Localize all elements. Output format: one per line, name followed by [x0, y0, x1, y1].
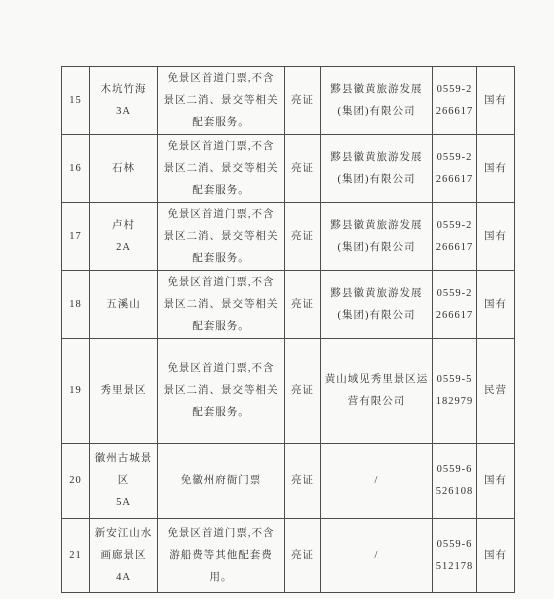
operator-company: 黄山域见秀里景区运 营有限公司	[321, 339, 433, 444]
ticket-policy: 免景区首道门票,不含 景区二消、景交等相关 配套服务。	[158, 271, 285, 339]
operator-company: 黟县徽黄旅游发展 (集团)有限公司	[321, 271, 433, 339]
row-number: 20	[62, 444, 90, 519]
status-label: 亮证	[285, 67, 321, 135]
table-row: 21 新安江山水 画廊景区 4A 免景区首道门票,不含 游船费等其他配套费 用。…	[62, 519, 515, 593]
status-label: 亮证	[285, 519, 321, 593]
operator-company: /	[321, 444, 433, 519]
ownership-type: 国有	[477, 444, 515, 519]
ownership-type: 国有	[477, 67, 515, 135]
operator-company: 黟县徽黄旅游发展 (集团)有限公司	[321, 203, 433, 271]
row-number: 18	[62, 271, 90, 339]
ownership-type: 国有	[477, 271, 515, 339]
operator-company: 黟县徽黄旅游发展 (集团)有限公司	[321, 135, 433, 203]
operator-company: /	[321, 519, 433, 593]
scenic-area-name: 卢村 2A	[90, 203, 158, 271]
row-number: 16	[62, 135, 90, 203]
operator-company: 黟县徽黄旅游发展 (集团)有限公司	[321, 67, 433, 135]
phone-number: 0559-6 526108	[433, 444, 477, 519]
ownership-type: 国有	[477, 519, 515, 593]
table-row: 19 秀里景区 免景区首道门票,不含 景区二消、景交等相关 配套服务。 亮证 黄…	[62, 339, 515, 444]
ownership-type: 国有	[477, 203, 515, 271]
row-number: 21	[62, 519, 90, 593]
scenic-area-name: 五溪山	[90, 271, 158, 339]
document-page: 15 木坑竹海 3A 免景区首道门票,不含 景区二消、景交等相关 配套服务。 亮…	[0, 0, 554, 599]
scenic-area-name: 徽州古城景 区 5A	[90, 444, 158, 519]
phone-number: 0559-2 266617	[433, 67, 477, 135]
scenic-area-name: 木坑竹海 3A	[90, 67, 158, 135]
ticket-policy: 免景区首道门票,不含 景区二消、景交等相关 配套服务。	[158, 67, 285, 135]
table-row: 17 卢村 2A 免景区首道门票,不含 景区二消、景交等相关 配套服务。 亮证 …	[62, 203, 515, 271]
table-row: 20 徽州古城景 区 5A 免徽州府衙门票 亮证 / 0559-6 526108…	[62, 444, 515, 519]
scenic-area-name: 石林	[90, 135, 158, 203]
phone-number: 0559-6 512178	[433, 519, 477, 593]
scenic-area-table: 15 木坑竹海 3A 免景区首道门票,不含 景区二消、景交等相关 配套服务。 亮…	[61, 66, 515, 593]
phone-number: 0559-2 266617	[433, 203, 477, 271]
table-row: 16 石林 免景区首道门票,不含 景区二消、景交等相关 配套服务。 亮证 黟县徽…	[62, 135, 515, 203]
row-number: 19	[62, 339, 90, 444]
ticket-policy: 免景区首道门票,不含 景区二消、景交等相关 配套服务。	[158, 339, 285, 444]
ownership-type: 民营	[477, 339, 515, 444]
status-label: 亮证	[285, 271, 321, 339]
table-row: 15 木坑竹海 3A 免景区首道门票,不含 景区二消、景交等相关 配套服务。 亮…	[62, 67, 515, 135]
ticket-policy: 免徽州府衙门票	[158, 444, 285, 519]
phone-number: 0559-2 266617	[433, 271, 477, 339]
ticket-policy: 免景区首道门票,不含 游船费等其他配套费 用。	[158, 519, 285, 593]
status-label: 亮证	[285, 203, 321, 271]
status-label: 亮证	[285, 444, 321, 519]
status-label: 亮证	[285, 135, 321, 203]
phone-number: 0559-2 266617	[433, 135, 477, 203]
row-number: 17	[62, 203, 90, 271]
phone-number: 0559-5 182979	[433, 339, 477, 444]
ticket-policy: 免景区首道门票,不含 景区二消、景交等相关 配套服务。	[158, 135, 285, 203]
ownership-type: 国有	[477, 135, 515, 203]
scenic-area-name: 秀里景区	[90, 339, 158, 444]
ticket-policy: 免景区首道门票,不含 景区二消、景交等相关 配套服务。	[158, 203, 285, 271]
table-row: 18 五溪山 免景区首道门票,不含 景区二消、景交等相关 配套服务。 亮证 黟县…	[62, 271, 515, 339]
row-number: 15	[62, 67, 90, 135]
status-label: 亮证	[285, 339, 321, 444]
scenic-area-name: 新安江山水 画廊景区 4A	[90, 519, 158, 593]
